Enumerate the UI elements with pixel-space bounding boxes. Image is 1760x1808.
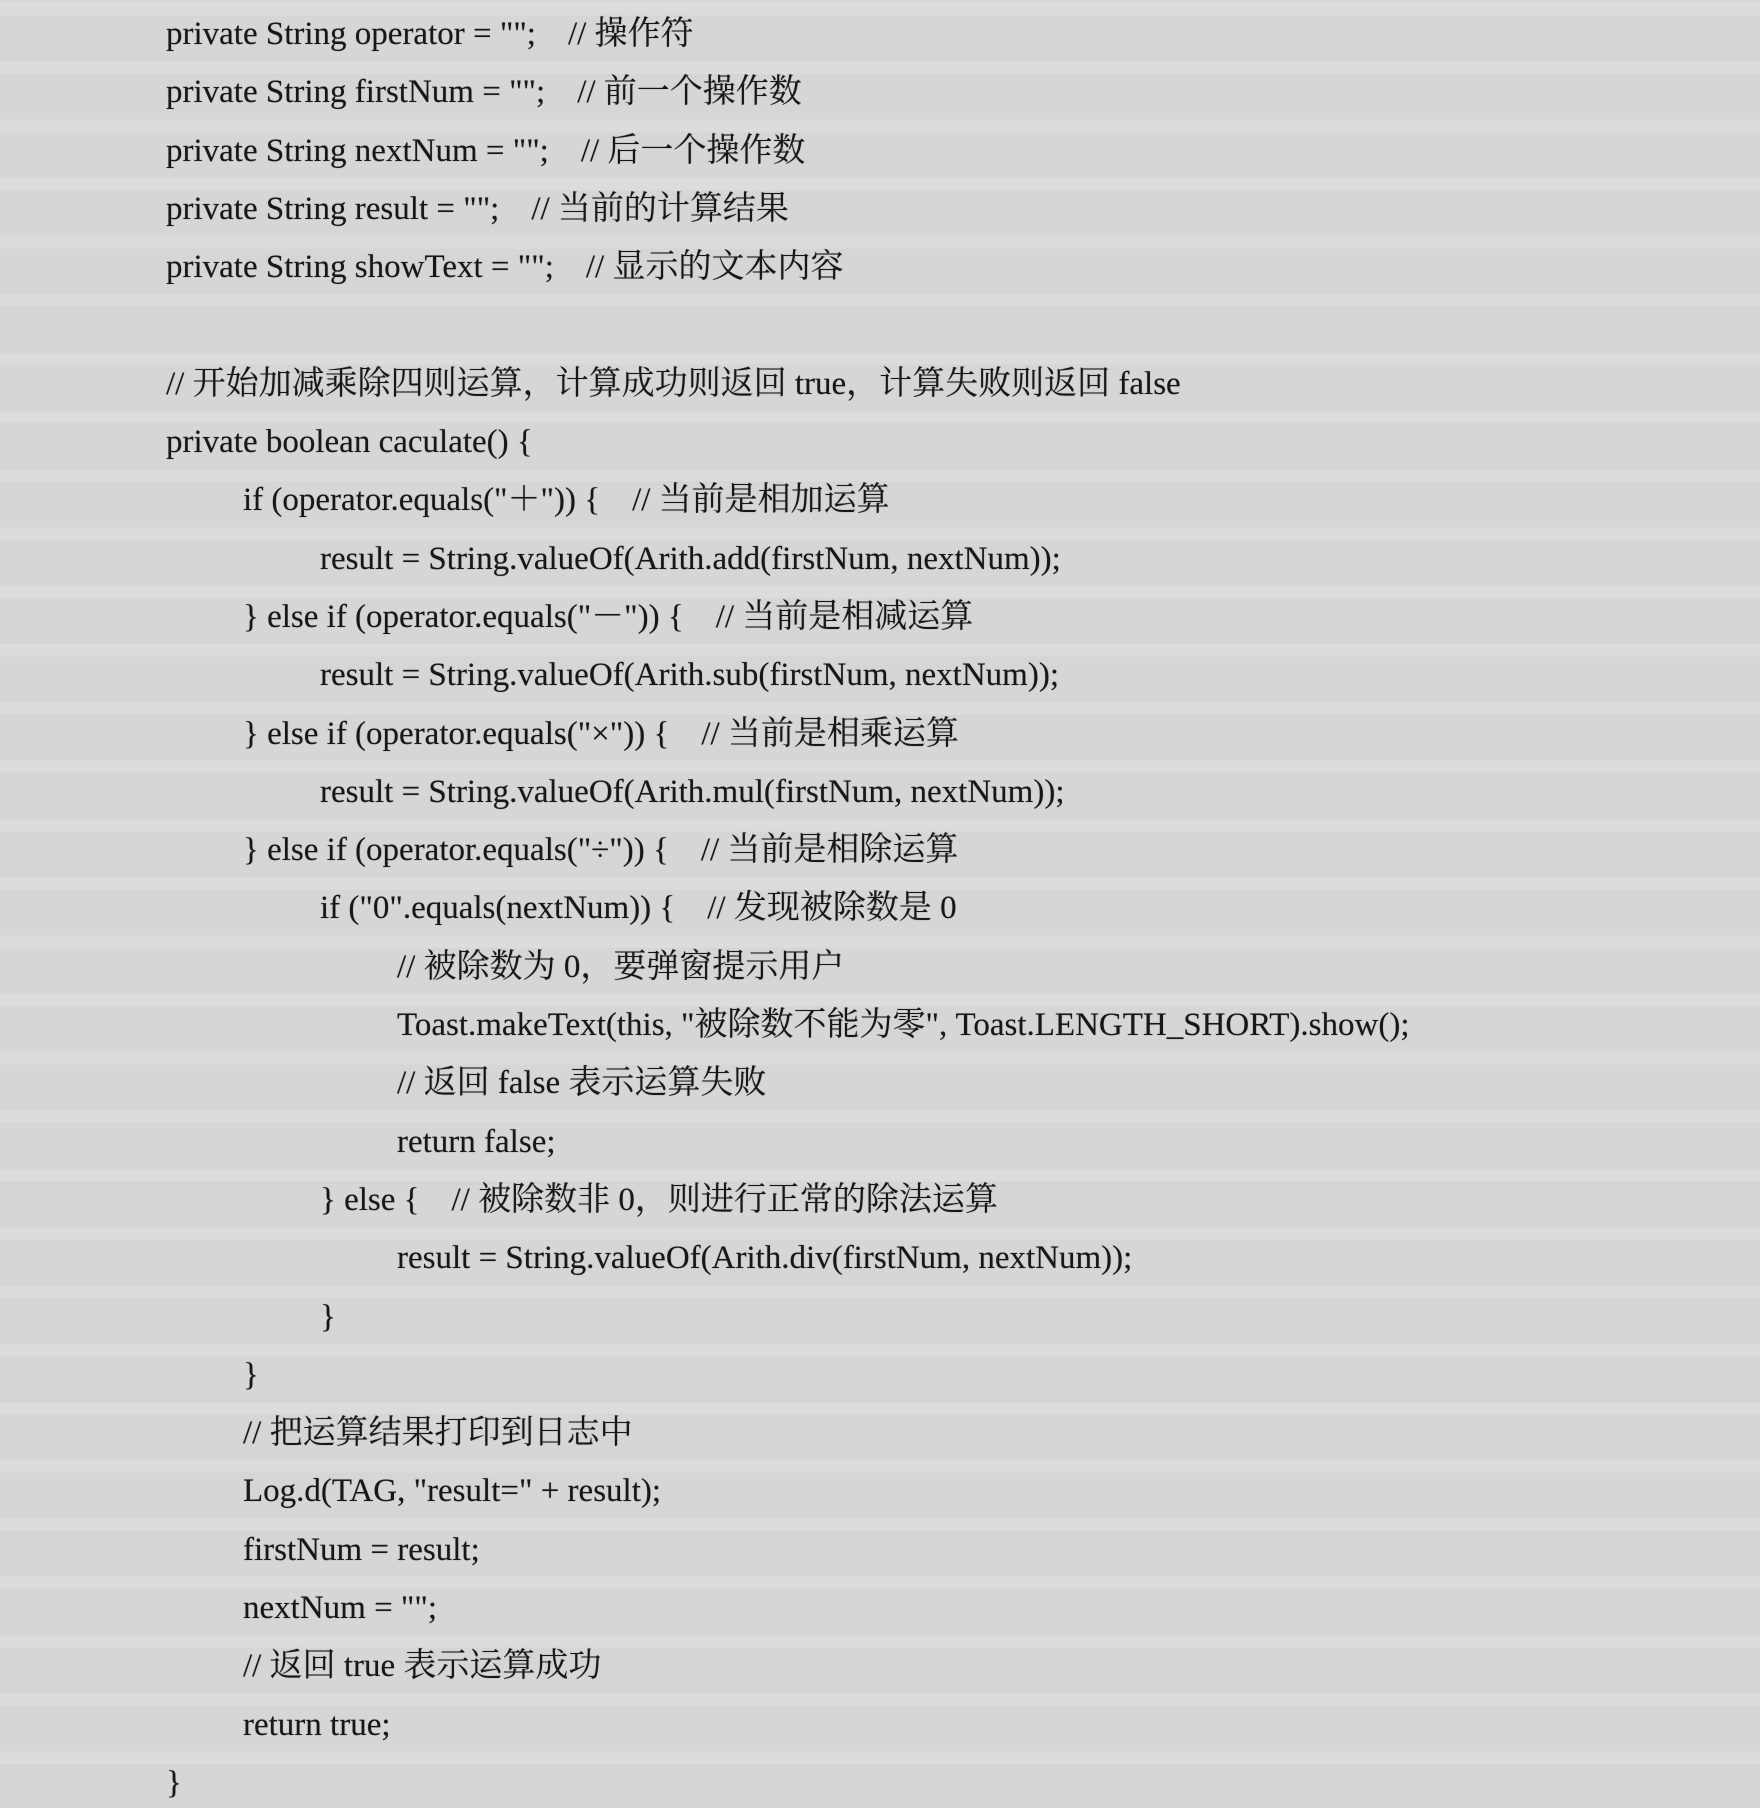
- code-line: private String firstNum = "";// 前一个操作数: [166, 63, 1740, 121]
- code-line: result = String.valueOf(Arith.add(firstN…: [166, 530, 1740, 588]
- code-text: } else if (operator.equals("－")) {: [243, 599, 684, 635]
- code-line: } else if (operator.equals("×")) {// 当前是…: [166, 705, 1740, 763]
- code-line: private String operator = "";// 操作符: [166, 5, 1740, 63]
- code-line: }: [166, 1288, 1740, 1346]
- code-listing: private String operator = "";// 操作符priva…: [0, 0, 1760, 1808]
- code-line: private boolean caculate() {: [166, 413, 1740, 471]
- code-line: private String showText = "";// 显示的文本内容: [166, 238, 1740, 296]
- code-text: private String operator = "";: [166, 16, 536, 52]
- code-line: } else {// 被除数非 0，则进行正常的除法运算: [166, 1171, 1740, 1229]
- code-comment: // 返回 true 表示运算成功: [243, 1648, 601, 1684]
- code-text: return true;: [243, 1707, 391, 1743]
- code-line: Log.d(TAG, "result=" + result);: [166, 1462, 1740, 1520]
- code-line: private String result = "";// 当前的计算结果: [166, 180, 1740, 238]
- code-comment: // 前一个操作数: [577, 74, 802, 110]
- code-text: } else {: [320, 1182, 419, 1218]
- code-line: } else if (operator.equals("－")) {// 当前是…: [166, 588, 1740, 646]
- code-text: }: [320, 1299, 336, 1335]
- code-text: private String nextNum = "";: [166, 133, 549, 169]
- code-text: private String showText = "";: [166, 249, 554, 285]
- code-text: } else if (operator.equals("×")) {: [243, 716, 669, 752]
- code-comment: // 显示的文本内容: [586, 249, 844, 285]
- code-text: if (operator.equals("＋")) {: [243, 482, 600, 518]
- code-comment: // 开始加减乘除四则运算，计算成功则返回 true，计算失败则返回 false: [166, 366, 1181, 402]
- code-text: }: [243, 1357, 259, 1393]
- code-line: nextNum = "";: [166, 1579, 1740, 1637]
- code-comment: // 当前是相除运算: [701, 832, 959, 868]
- code-text: return false;: [397, 1124, 556, 1160]
- code-line: firstNum = result;: [166, 1521, 1740, 1579]
- code-comment: // 当前是相乘运算: [701, 716, 959, 752]
- code-comment: // 当前是相加运算: [632, 482, 890, 518]
- code-line: } else if (operator.equals("÷")) {// 当前是…: [166, 821, 1740, 879]
- code-comment: // 发现被除数是 0: [707, 890, 956, 926]
- code-line: if (operator.equals("＋")) {// 当前是相加运算: [166, 471, 1740, 529]
- code-comment: // 被除数非 0，则进行正常的除法运算: [451, 1182, 997, 1218]
- code-text: if ("0".equals(nextNum)) {: [320, 890, 675, 926]
- code-text: private String result = "";: [166, 191, 499, 227]
- code-text: private boolean caculate() {: [166, 424, 533, 460]
- code-line: Toast.makeText(this, "被除数不能为零", Toast.LE…: [166, 996, 1740, 1054]
- code-line: result = String.valueOf(Arith.mul(firstN…: [166, 763, 1740, 821]
- code-line: }: [166, 1754, 1740, 1808]
- code-text: result = String.valueOf(Arith.add(firstN…: [320, 541, 1061, 577]
- code-line: return true;: [166, 1696, 1740, 1754]
- code-comment: // 操作符: [568, 16, 694, 52]
- code-text: firstNum = result;: [243, 1532, 480, 1568]
- code-comment: // 返回 false 表示运算失败: [397, 1065, 766, 1101]
- code-line: // 返回 false 表示运算失败: [166, 1054, 1740, 1112]
- code-line: }: [166, 1346, 1740, 1404]
- code-line: result = String.valueOf(Arith.div(firstN…: [166, 1229, 1740, 1287]
- code-text: result = String.valueOf(Arith.sub(firstN…: [320, 657, 1059, 693]
- code-text: Toast.makeText(this, "被除数不能为零", Toast.LE…: [397, 1007, 1410, 1043]
- code-comment: // 后一个操作数: [581, 133, 806, 169]
- code-line: // 开始加减乘除四则运算，计算成功则返回 true，计算失败则返回 false: [166, 355, 1740, 413]
- code-line: // 被除数为 0，要弹窗提示用户: [166, 938, 1740, 996]
- code-comment: // 当前是相减运算: [716, 599, 974, 635]
- code-text: }: [166, 1765, 182, 1801]
- code-comment: // 被除数为 0，要弹窗提示用户: [397, 949, 844, 985]
- code-line: private String nextNum = "";// 后一个操作数: [166, 122, 1740, 180]
- code-line: return false;: [166, 1113, 1740, 1171]
- code-text: } else if (operator.equals("÷")) {: [243, 832, 669, 868]
- code-text: nextNum = "";: [243, 1590, 437, 1626]
- code-line: // 把运算结果打印到日志中: [166, 1404, 1740, 1462]
- code-comment: // 当前的计算结果: [531, 191, 789, 227]
- code-text: result = String.valueOf(Arith.div(firstN…: [397, 1240, 1132, 1276]
- code-line: // 返回 true 表示运算成功: [166, 1637, 1740, 1695]
- code-text: private String firstNum = "";: [166, 74, 545, 110]
- code-text: result = String.valueOf(Arith.mul(firstN…: [320, 774, 1064, 810]
- code-text: Log.d(TAG, "result=" + result);: [243, 1473, 661, 1509]
- code-line: [166, 296, 1740, 354]
- code-line: result = String.valueOf(Arith.sub(firstN…: [166, 646, 1740, 704]
- code-line: if ("0".equals(nextNum)) {// 发现被除数是 0: [166, 879, 1740, 937]
- code-comment: // 把运算结果打印到日志中: [243, 1415, 633, 1451]
